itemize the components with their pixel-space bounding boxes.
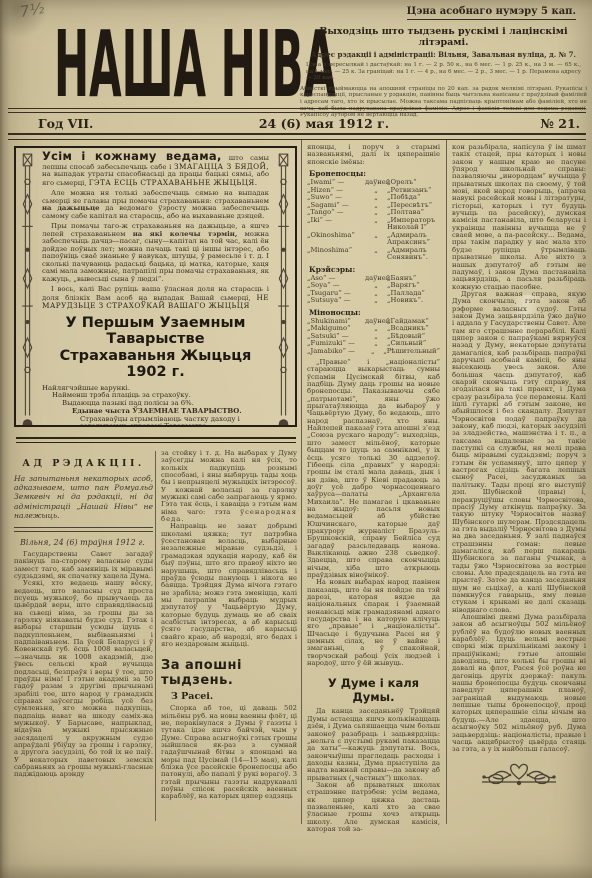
editorial-note: На запытаньня некаторых асоб, адказываем…	[14, 474, 153, 520]
column-divider	[446, 140, 447, 824]
ship-name-russian: „Императоръ Николай I“	[387, 217, 440, 232]
ad-text: І вось, калі Вас рупіць ваша ўласная дол…	[42, 285, 269, 302]
article-paragraph: Другая важная справа, якую Дума скончыла…	[452, 291, 586, 614]
destroyers-label: Міноносцы:	[309, 308, 440, 317]
column-4: кон разьбірала, напісула ў ім шмат такіх…	[452, 144, 586, 856]
ship-name-japanese: „Iki“ —	[307, 217, 365, 232]
column-1: АД РЭДАКЦІІ. На запытаньня некаторых асо…	[14, 452, 153, 860]
ad-selling-point: Страхаваўцы атрымліваюць частку даходу і…	[80, 416, 269, 427]
article-text: за стойку і т. д. На выбарах у Думу заўс…	[161, 450, 297, 516]
ad-text: можна забеспечыць дачцэ—пасаг, сыну—капі…	[42, 230, 269, 283]
rule-under-advertisement	[16, 437, 296, 443]
ad-paragraph: Але можна ня толькі забеспечыць сямью на…	[42, 190, 269, 220]
ship-name-japanese: „Sutsuya“ —	[307, 297, 365, 305]
ad-emphasis-caps: ГЭТА ЕСЦЬ СТРАХАВАНЬНЕ ЖЫЦЬЦЯ.	[89, 178, 258, 187]
article-paragraph: кон разьбірала, напісула ў ім шмат такіх…	[452, 144, 586, 291]
ship-ditto: „	[362, 348, 383, 356]
ship-row: „Minoshima“„„Адмиралъ Сенявинъ“.	[307, 247, 440, 262]
ad-lead-paragraph: Усім і кожнаму ведама, што самы лепшы сп…	[42, 153, 269, 187]
column-2: за стойку і т. д. На выбарах у Думу заўс…	[161, 450, 297, 862]
ship-row: „Jamabiko“ —„„Рѣшительный“	[307, 348, 440, 356]
ship-ditto: „	[365, 297, 387, 305]
from-the-editors-heading: АД РЭДАКЦІІ.	[14, 458, 153, 469]
dateline-rule-bottom	[8, 133, 586, 140]
ship-name-japanese: „Okinoshima“	[307, 232, 365, 247]
article-paragraph: Апошнімі днямі Дума разьбірала закон аб …	[452, 614, 586, 754]
ship-name-russian: „Новикъ“.	[387, 297, 440, 305]
ship-ditto: „	[365, 247, 387, 262]
subscription-prices: Цэна з пересылкай і дастаўкай: на 1 г. —…	[300, 62, 587, 82]
battleships-label: Бронепосцы:	[309, 169, 440, 178]
publication-year-label: Год VII.	[38, 116, 188, 131]
article-paragraph: Усякі, хто ведаець нашу вёску, ведаець, …	[14, 580, 153, 778]
masthead-title: НАША НІВА	[54, 26, 336, 106]
article-paragraph: за стойку і т. д. На выбарах у Думу заўс…	[161, 450, 297, 523]
ad-paragraph: І вось, калі Вас рупіць ваша ўласная дол…	[42, 286, 269, 311]
article-paragraph: Да канца заседаньнёў Трэйцяй Думы астаец…	[307, 708, 440, 781]
ship-name-russian: „Адмиралъ Апраксинъ“	[387, 232, 440, 247]
ad-text: Але можна ня толькі забеспечыць сямью на…	[42, 189, 269, 205]
article-paragraph: Направіць не зават добрымі школамі цяжка…	[161, 523, 297, 648]
header-info-block: Выходзіць што тыдзень рускімі і лацінскі…	[300, 26, 587, 119]
editorial-address-line: Адрес рэдакціі і адміністраціі: Вільня, …	[300, 50, 587, 59]
ornamental-pillar-icon	[275, 152, 292, 427]
column-divider	[155, 451, 156, 821]
ad-company-title-line1: У Першым Узаемным Таварыстве	[42, 315, 269, 348]
subsection-heading-from-russia: З Расеі.	[161, 691, 297, 702]
separator-rule	[14, 527, 153, 532]
cruisers-label: Крэйсэры:	[309, 265, 440, 274]
ornamental-pillar-icon	[19, 152, 36, 427]
masthead-lettering: НАША НІВА	[52, 26, 342, 106]
article-paragraph: „Правые“ і „націоналісты“ стараюцца выка…	[307, 359, 440, 579]
article-paragraph: Гасударствены Савет загадаў пакінуць па-…	[14, 551, 153, 580]
pencil-mark: 7½	[19, 0, 46, 21]
issue-number: № 21.	[460, 116, 580, 131]
article-paragraph: Спорка аб тое, ці даваць 502 мільёны руб…	[161, 705, 297, 800]
newspaper-front-page: 7½ Цэна асобнаго нумэру 5 кап. НАША НІВА…	[0, 0, 592, 878]
ship-name-russian: „Рѣшительный“	[383, 348, 440, 356]
ship-row: „Sutsuya“ —„„Новикъ“.	[307, 297, 440, 305]
section-heading-last-week: За апошні тыдзень.	[161, 658, 297, 688]
publication-date: 24 (6) мая 1912 г.	[188, 116, 460, 131]
column-3: японцы, і поруч з старымі названьнямі, д…	[307, 144, 440, 838]
issue-price-note: Цэна асобнаго нумэру 5 кап.	[407, 6, 576, 20]
section-heading-in-the-duma: У Думе і каля Думы.	[307, 676, 440, 704]
article-paragraph: японцы, і поруч з старымі названьнямі, д…	[307, 144, 440, 166]
floral-vignette-ornament	[478, 762, 560, 788]
masthead: НАША НІВА	[52, 26, 342, 106]
frequency-line: Выходзіць што тыдзень рускімі і лацінскі…	[300, 26, 587, 48]
ship-row: „Iki“ —„„Императоръ Николай I“	[307, 217, 440, 232]
ship-name-japanese: „Minoshima“	[307, 247, 365, 262]
editorial-city-date: Вільня, 24 (6) траўня 1912 г.	[14, 538, 153, 547]
insurance-advertisement: Усім і кожнаму ведама, што самы лепшы сп…	[14, 146, 297, 427]
ad-company-title-line2: Страхаваньня Жыцьця 1902 г.	[42, 348, 269, 381]
ship-name-russian: „Адмиралъ Сенявинъ“.	[387, 247, 440, 262]
ship-name-japanese: „Jamabiko“ —	[307, 348, 362, 356]
ship-ditto: „	[365, 232, 387, 247]
dateline-bar: Год VII. 24 (6) мая 1912 г. № 21.	[8, 108, 586, 140]
article-paragraph: Закон аб прыватных школах страшэнне патр…	[307, 782, 440, 833]
ad-paragraph: Пры помачы таго-ж страхаваньня на дажыць…	[42, 223, 269, 283]
column-divider	[301, 140, 302, 824]
ship-ditto: „	[365, 217, 387, 232]
article-paragraph: На новых выбарах народ павінен паказаць,…	[307, 579, 440, 667]
ship-row: „Okinoshima“„„Адмиралъ Апраксинъ“	[307, 232, 440, 247]
